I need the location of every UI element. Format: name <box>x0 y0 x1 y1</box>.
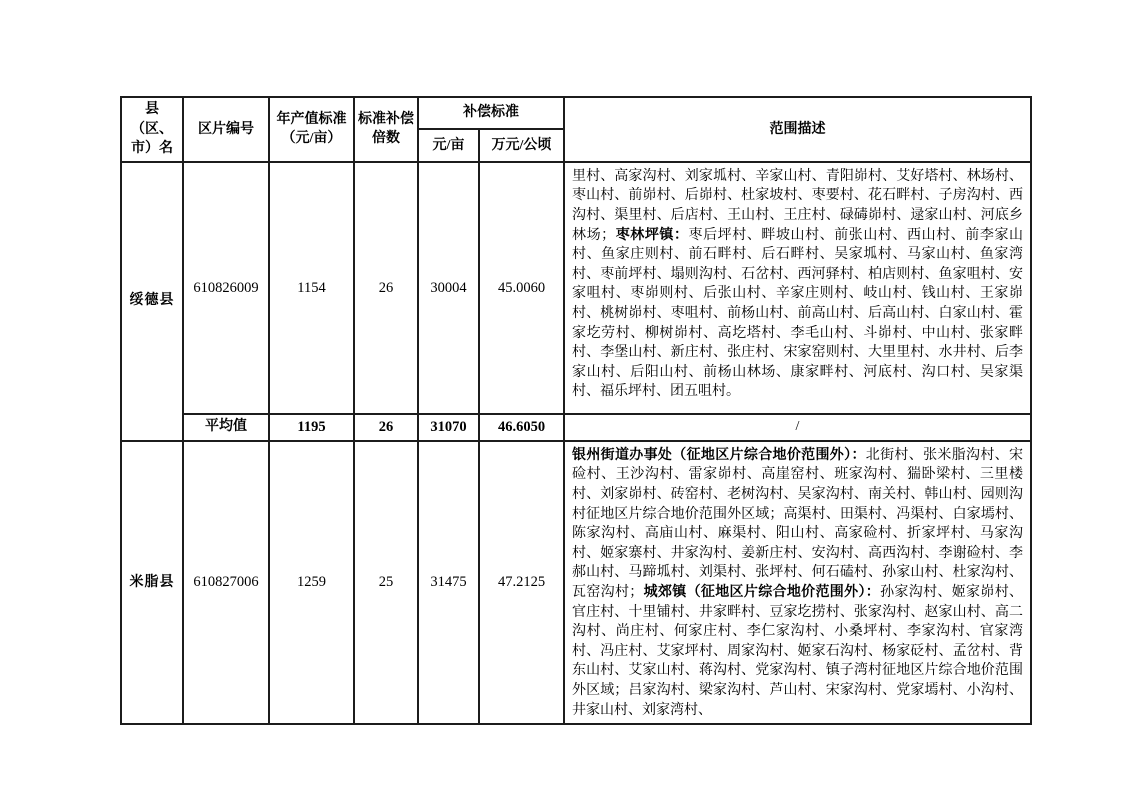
average-label: 平均值 <box>183 414 269 441</box>
scope-village-list: 枣后坪村、畔坡山村、前张山村、西山村、前李家山村、鱼家庄则村、前石畔村、后石畔村… <box>572 228 1023 400</box>
yuan-per-mu-value: 30004 <box>418 162 479 414</box>
document-page: 县（区、市）名 区片编号 年产值标准（元/亩） 标准补偿倍数 补偿标准 范围描述… <box>0 0 1123 794</box>
average-multiplier: 26 <box>354 414 418 441</box>
wanyuan-per-hectare-value: 45.0060 <box>479 162 564 414</box>
annual-output-value: 1259 <box>269 441 354 724</box>
header-wanyuan-per-hectare: 万元/公顷 <box>479 129 564 161</box>
scope-town-heading: 银州街道办事处（征地区片综合地价范围外）： <box>572 448 866 463</box>
header-zone-code: 区片编号 <box>183 97 269 162</box>
scope-village-list: 北街村、张米脂沟村、宋硷村、王沙沟村、雷家峁村、高崖窑村、班家沟村、猯卧梁村、三… <box>572 448 1023 600</box>
scope-description-mizhi: 银州街道办事处（征地区片综合地价范围外）：北街村、张米脂沟村、宋硷村、王沙沟村、… <box>564 441 1031 724</box>
average-annual-output: 1195 <box>269 414 354 441</box>
multiplier-value: 25 <box>354 441 418 724</box>
header-compensation: 补偿标准 <box>418 97 564 129</box>
header-yuan-per-mu: 元/亩 <box>418 129 479 161</box>
county-name-suide: 绥德县 <box>121 162 183 441</box>
land-compensation-table: 县（区、市）名 区片编号 年产值标准（元/亩） 标准补偿倍数 补偿标准 范围描述… <box>120 96 1032 725</box>
annual-output-value: 1154 <box>269 162 354 414</box>
zone-code-value: 610826009 <box>183 162 269 414</box>
header-multiplier: 标准补偿倍数 <box>354 97 418 162</box>
header-county: 县（区、市）名 <box>121 97 183 162</box>
average-scope-placeholder: / <box>564 414 1031 441</box>
table-row-average: 平均值 1195 26 31070 46.6050 / <box>121 414 1031 441</box>
zone-code-value: 610827006 <box>183 441 269 724</box>
yuan-per-mu-value: 31475 <box>418 441 479 724</box>
average-yuan-per-mu: 31070 <box>418 414 479 441</box>
scope-village-list: 孙家沟村、姬家峁村、官庄村、十里铺村、井家畔村、豆家圪捞村、张家沟村、赵家山村、… <box>572 585 1023 718</box>
header-scope: 范围描述 <box>564 97 1031 162</box>
multiplier-value: 26 <box>354 162 418 414</box>
table-row-mizhi: 米脂县 610827006 1259 25 31475 47.2125 银州街道… <box>121 441 1031 724</box>
scope-description-suide: 里村、高家沟村、刘家坬村、辛家山村、青阳峁村、艾好塔村、林场村、枣山村、前峁村、… <box>564 162 1031 414</box>
wanyuan-per-hectare-value: 47.2125 <box>479 441 564 724</box>
scope-town-heading: 城郊镇（征地区片综合地价范围外）： <box>643 585 880 600</box>
county-name-mizhi: 米脂县 <box>121 441 183 724</box>
table-row-suide: 绥德县 610826009 1154 26 30004 45.0060 里村、高… <box>121 162 1031 414</box>
header-annual-output: 年产值标准（元/亩） <box>269 97 354 162</box>
header-row-1: 县（区、市）名 区片编号 年产值标准（元/亩） 标准补偿倍数 补偿标准 范围描述 <box>121 97 1031 129</box>
scope-town-heading: 枣林坪镇： <box>615 228 688 243</box>
average-wanyuan-per-hectare: 46.6050 <box>479 414 564 441</box>
